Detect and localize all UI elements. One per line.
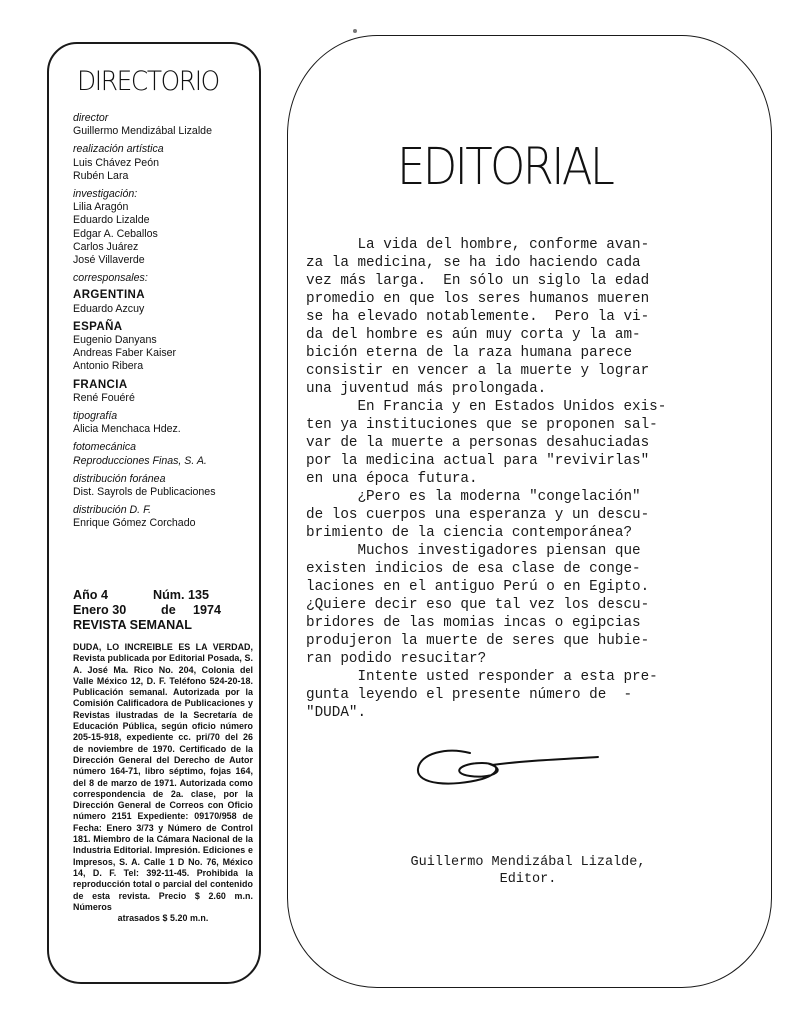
staff-name: Guillermo Mendizábal Lizalde: [73, 125, 259, 138]
editorial-line: brimiento de la ciencia contemporánea?: [306, 524, 736, 542]
editorial-line: consistir en vencer a la muerte y lograr: [306, 362, 736, 380]
legal-lead: DUDA, LO INCREIBLE ES LA VERDAD,: [73, 642, 253, 652]
issue-number: Núm. 135: [153, 588, 209, 603]
staff-name: Eugenio Danyans: [73, 334, 259, 347]
editorial-line: laciones en el antiguo Perú o en Egipto.: [306, 578, 736, 596]
editorial-line: ¿Pero es la moderna "congelación": [306, 488, 736, 506]
issue-year: Año 4: [73, 588, 153, 603]
group-country-francia: FRANCIA René Fouéré: [73, 379, 259, 405]
group-country-espana: ESPAÑA Eugenio Danyans Andreas Faber Kai…: [73, 321, 259, 374]
editorial-line: promedio en que los seres humanos mueren: [306, 290, 736, 308]
editorial-line: bición eterna de la raza humana parece: [306, 344, 736, 362]
group-foreign-distribution: distribución foránea Dist. Sayrols de Pu…: [73, 473, 259, 499]
editorial-line: vez más larga. En sólo un siglo la edad: [306, 272, 736, 290]
editorial-body: La vida del hombre, conforme avan-za la …: [306, 236, 736, 722]
legal-last-line: atrasados $ 5.20 m.n.: [73, 913, 253, 924]
issue-date-year: 1974: [193, 603, 221, 618]
editorial-line: por la medicina actual para "revivirlas": [306, 452, 736, 470]
editorial-line: gunta leyendo el presente número de -: [306, 686, 736, 704]
editorial-line: en una época futura.: [306, 470, 736, 488]
editorial-line: se ha elevado notablemente. Pero la vi-: [306, 308, 736, 326]
signature-icon: [412, 741, 612, 801]
legal-notice: DUDA, LO INCREIBLE ES LA VERDAD, Revista…: [73, 642, 253, 924]
editorial-box: EDITORIAL La vida del hombre, conforme a…: [287, 35, 772, 988]
editorial-line: produjeron la muerte de seres que hubie-: [306, 632, 736, 650]
issue-date-day: Enero 30: [73, 603, 161, 618]
issue-row-number: Año 4 Núm. 135: [73, 588, 253, 603]
country-label: ARGENTINA: [73, 289, 259, 302]
group-country-argentina: ARGENTINA Eduardo Azcuy: [73, 289, 259, 315]
editorial-line: una juventud más prolongada.: [306, 380, 736, 398]
signer-block: Guillermo Mendizábal Lizalde, Editor.: [378, 854, 678, 888]
issue-date-de: de: [161, 603, 193, 618]
issue-row-date: Enero 30 de 1974: [73, 603, 253, 618]
directory-title: DIRECTORIO: [77, 66, 219, 97]
group-correspondents-label: corresponsales:: [73, 272, 259, 285]
signer-role: Editor.: [378, 871, 678, 888]
staff-name: Luis Chávez Peón: [73, 157, 259, 170]
role-label: realización artística: [73, 143, 259, 156]
speck: [353, 29, 357, 33]
group-director: director Guillermo Mendizábal Lizalde: [73, 112, 259, 138]
editorial-line: ten ya instituciones que se proponen sal…: [306, 416, 736, 434]
staff-name: Eduardo Lizalde: [73, 214, 259, 227]
staff-name: Enrique Gómez Corchado: [73, 517, 259, 530]
staff-name: Antonio Ribera: [73, 360, 259, 373]
staff-name: Reproducciones Finas, S. A.: [73, 455, 259, 468]
editorial-line: var de la muerte a personas desahuciadas: [306, 434, 736, 452]
editorial-line: existen indicios de esa clase de conge-: [306, 560, 736, 578]
editorial-line: da del hombre es aún muy corta y la am-: [306, 326, 736, 344]
editorial-line: Intente usted responder a esta pre-: [306, 668, 736, 686]
role-label: corresponsales:: [73, 272, 259, 285]
role-label: tipografía: [73, 410, 259, 423]
issue-row-frequency: REVISTA SEMANAL: [73, 618, 253, 633]
group-typography: tipografía Alicia Menchaca Hdez.: [73, 410, 259, 436]
editorial-line: En Francia y en Estados Unidos exis-: [306, 398, 736, 416]
group-research: investigación: Lilia Aragón Eduardo Liza…: [73, 188, 259, 267]
country-label: FRANCIA: [73, 379, 259, 392]
directory-box: DIRECTORIO director Guillermo Mendizábal…: [47, 42, 261, 984]
staff-name: Lilia Aragón: [73, 201, 259, 214]
staff-name: Edgar A. Ceballos: [73, 228, 259, 241]
editorial-line: de los cuerpos una esperanza y un descu-: [306, 506, 736, 524]
role-label: distribución foránea: [73, 473, 259, 486]
editorial-line: Muchos investigadores piensan que: [306, 542, 736, 560]
editorial-line: za la medicina, se ha ido haciendo cada: [306, 254, 736, 272]
staff-name: Rubén Lara: [73, 170, 259, 183]
staff-name: René Fouéré: [73, 392, 259, 405]
editorial-line: bridores de las momias incas o egipcias: [306, 614, 736, 632]
role-label: distribución D. F.: [73, 504, 259, 517]
staff-name: Dist. Sayrols de Publicaciones: [73, 486, 259, 499]
issue-info: Año 4 Núm. 135 Enero 30 de 1974 REVISTA …: [73, 588, 253, 633]
issue-frequency: REVISTA SEMANAL: [73, 618, 192, 633]
role-label: fotomecánica: [73, 441, 259, 454]
editorial-line: ran podido resucitar?: [306, 650, 736, 668]
editorial-line: "DUDA".: [306, 704, 736, 722]
staff-name: Alicia Menchaca Hdez.: [73, 423, 259, 436]
group-art: realización artística Luis Chávez Peón R…: [73, 143, 259, 183]
signer-name: Guillermo Mendizábal Lizalde,: [378, 854, 678, 871]
staff-name: Andreas Faber Kaiser: [73, 347, 259, 360]
staff-name: José Villaverde: [73, 254, 259, 267]
country-label: ESPAÑA: [73, 321, 259, 334]
editorial-title: EDITORIAL: [397, 138, 612, 197]
staff-name: Eduardo Azcuy: [73, 303, 259, 316]
legal-text: Revista publicada por Editorial Posada, …: [73, 653, 253, 912]
group-photomechanics: fotomecánica Reproducciones Finas, S. A.: [73, 441, 259, 467]
role-label: director: [73, 112, 259, 125]
group-df-distribution: distribución D. F. Enrique Gómez Corchad…: [73, 504, 259, 530]
staff-list: director Guillermo Mendizábal Lizalde re…: [73, 112, 259, 536]
editorial-line: La vida del hombre, conforme avan-: [306, 236, 736, 254]
staff-name: Carlos Juárez: [73, 241, 259, 254]
editorial-line: ¿Quiere decir eso que tal vez los descu-: [306, 596, 736, 614]
role-label: investigación:: [73, 188, 259, 201]
